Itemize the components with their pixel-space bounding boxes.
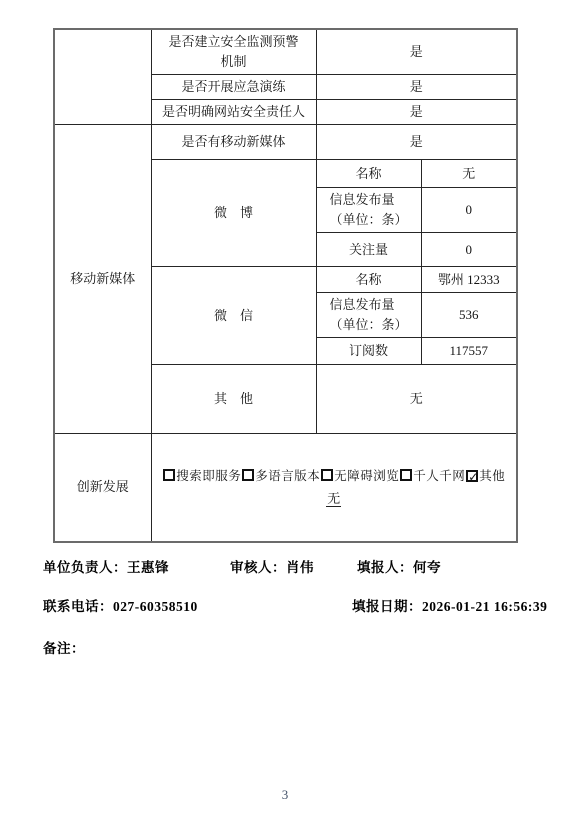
report-page: 是否建立安全监测预警 机制 是 是否开展应急演练 是 是否明确网站安全责任人 是… — [0, 0, 570, 833]
innovation-checkbox-3 — [400, 469, 412, 481]
innovation-checkbox-2 — [321, 469, 333, 481]
wechat-posts-value: 536 — [421, 293, 517, 338]
weibo-posts-value: 0 — [421, 188, 517, 233]
footer-phone: 联系电话：027-60358510 — [43, 595, 198, 615]
weibo-followers-value: 0 — [421, 233, 517, 267]
wechat-name-label: 名称 — [316, 267, 421, 293]
footer-filler-label: 填报人： — [357, 560, 413, 575]
report-table: 是否建立安全监测预警 机制 是 是否开展应急演练 是 是否明确网站安全责任人 是… — [53, 28, 518, 543]
footer-date-value: 2026-01-21 16:56:39 — [422, 599, 547, 614]
wechat-name-value: 鄂州 12333 — [421, 267, 517, 293]
has-mobile-value: 是 — [316, 125, 517, 160]
footer-date-label: 填报日期： — [352, 599, 422, 614]
security-row-value: 是 — [316, 100, 517, 125]
weibo-posts-label-text: 信息发布量 （单位：条） — [329, 190, 407, 230]
innovation-options-line: 搜索即服务多语言版本无障碍浏览千人千网✓其他 — [156, 464, 513, 488]
footer-responsible-label: 单位负责人： — [43, 560, 127, 575]
weibo-name-label: 名称 — [316, 160, 421, 188]
footer-remarks-label: 备注： — [43, 641, 85, 656]
innovation-option-label: 多语言版本 — [255, 469, 320, 483]
weibo-followers-label: 关注量 — [316, 233, 421, 267]
weibo-posts-label: 信息发布量 （单位：条） — [316, 188, 421, 233]
innovation-checkbox-0 — [163, 469, 175, 481]
other-media-value: 无 — [316, 365, 517, 434]
wechat-posts-label: 信息发布量 （单位：条） — [316, 293, 421, 338]
other-media-label: 其 他 — [151, 365, 316, 434]
innovation-checkbox-4: ✓ — [466, 470, 478, 482]
weibo-label: 微 博 — [151, 160, 316, 267]
group-label-mobile-media: 移动新媒体 — [54, 125, 151, 434]
footer-remarks: 备注： — [43, 637, 85, 657]
footer-filler: 填报人：何夸 — [357, 556, 441, 576]
footer-reviewer-name: 肖伟 — [286, 560, 314, 575]
innovation-checkbox-1 — [242, 469, 254, 481]
footer-reviewer: 审核人：肖伟 — [230, 556, 314, 576]
footer-reviewer-label: 审核人： — [230, 560, 286, 575]
security-row-label: 是否明确网站安全责任人 — [151, 100, 316, 125]
innovation-option-label: 千人千网 — [413, 469, 465, 483]
footer-date: 填报日期：2026-01-21 16:56:39 — [352, 595, 547, 615]
wechat-label: 微 信 — [151, 267, 316, 365]
innovation-option-label: 其他 — [479, 469, 505, 483]
innovation-other-fill-line: 无 — [156, 488, 513, 510]
weibo-name-value: 无 — [421, 160, 517, 188]
innovation-other-fill-value: 无 — [326, 491, 341, 507]
security-row-value: 是 — [316, 29, 517, 75]
innovation-option-label: 无障碍浏览 — [334, 469, 399, 483]
wechat-posts-label-text: 信息发布量 （单位：条） — [329, 295, 407, 335]
page-number: 3 — [0, 787, 570, 803]
footer-phone-number: 027-60358510 — [113, 599, 198, 614]
security-row-value: 是 — [316, 75, 517, 100]
footer-responsible-name: 王惠锋 — [127, 560, 169, 575]
has-mobile-label: 是否有移动新媒体 — [151, 125, 316, 160]
wechat-subscribers-label: 订阅数 — [316, 338, 421, 365]
innovation-content: 搜索即服务多语言版本无障碍浏览千人千网✓其他 无 — [151, 434, 517, 542]
footer-filler-name: 何夸 — [413, 560, 441, 575]
security-row-label: 是否开展应急演练 — [151, 75, 316, 100]
group-label-innovation: 创新发展 — [54, 434, 151, 542]
innovation-option-label: 搜索即服务 — [176, 469, 241, 483]
security-row-label: 是否建立安全监测预警 机制 — [151, 29, 316, 75]
footer-phone-label: 联系电话： — [43, 599, 113, 614]
footer-responsible: 单位负责人：王惠锋 — [43, 556, 169, 576]
table-cell-group-empty — [54, 29, 151, 125]
wechat-subscribers-value: 117557 — [421, 338, 517, 365]
